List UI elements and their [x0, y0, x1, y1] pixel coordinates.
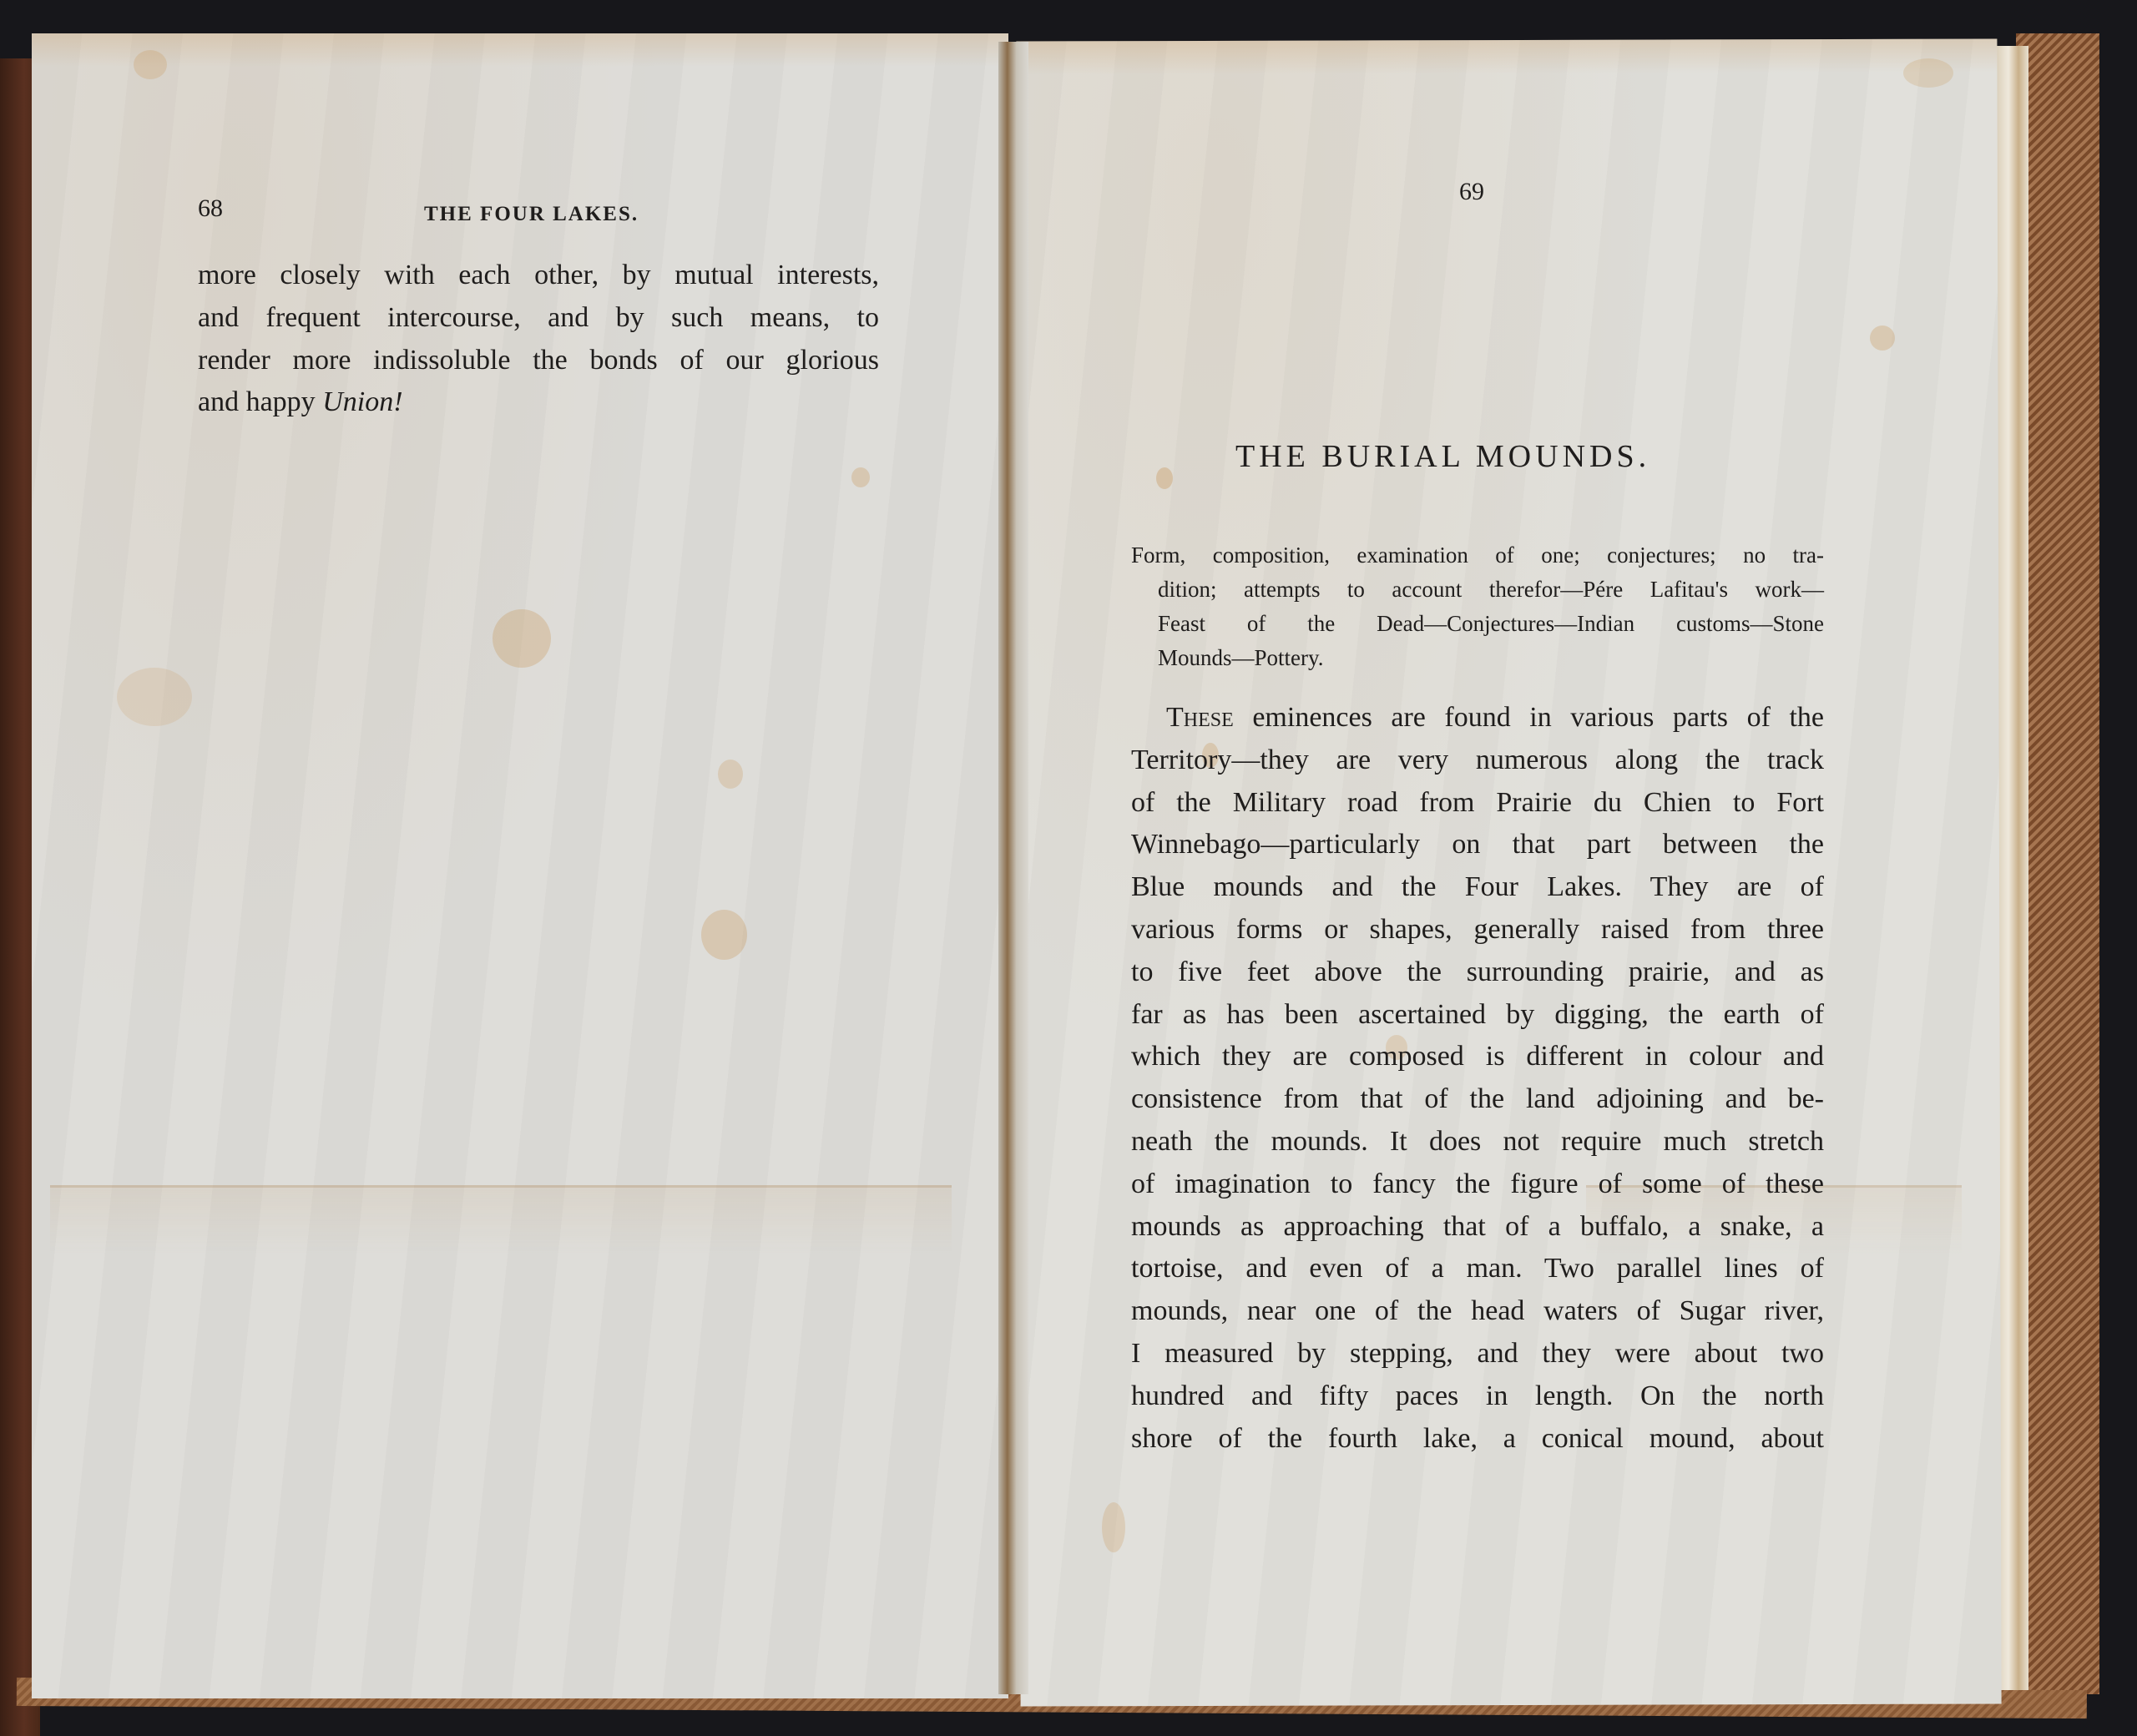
foxing-spot	[134, 50, 167, 79]
foxing-spot	[718, 759, 743, 789]
foxing-spot	[701, 910, 747, 960]
italic-word: Union!	[322, 386, 402, 417]
text-line: Blue mounds and the Four Lakes. They are…	[1131, 866, 1824, 909]
right-page-body: These eminences are found in various par…	[1131, 697, 1824, 1460]
text-line: hundred and fifty paces in length. On th…	[1131, 1375, 1824, 1418]
text-line: and frequent intercourse, and by such me…	[198, 297, 879, 340]
foxing-spot	[1156, 467, 1173, 489]
text-line: of imagination to fancy the figure of so…	[1131, 1163, 1824, 1206]
summary-line: dition; attempts to account therefor—Pér…	[1131, 573, 1824, 607]
top-edge-stain	[1016, 38, 1997, 74]
foxing-spot	[493, 609, 551, 668]
book-gutter	[998, 42, 1028, 1694]
text-line: Territory—they are very numerous along t…	[1131, 739, 1824, 782]
left-page-body: more closely with each other, by mutual …	[198, 255, 879, 424]
text-line: mounds, near one of the head waters of S…	[1131, 1290, 1824, 1333]
text-line: various forms or shapes, generally raise…	[1131, 909, 1824, 951]
foxing-spot	[851, 467, 870, 487]
page-number-left: 68	[198, 194, 223, 223]
running-head: THE FOUR LAKES.	[424, 203, 639, 226]
foxing-spot	[117, 668, 192, 726]
text-line: more closely with each other, by mutual …	[198, 255, 879, 297]
foxing-spot	[1870, 325, 1895, 351]
water-stain-left	[50, 1185, 952, 1254]
book-cover-right	[2016, 33, 2099, 1694]
text-line: far as has been ascertained by digging, …	[1131, 994, 1824, 1037]
text-line: which they are composed is different in …	[1131, 1036, 1824, 1078]
text-line: neath the mounds. It does not require mu…	[1131, 1121, 1824, 1163]
foxing-spot	[1903, 58, 1953, 88]
text-line: render more indissoluble the bonds of ou…	[198, 340, 879, 382]
text-line: I measured by stepping, and they were ab…	[1131, 1333, 1824, 1375]
text-line: mounds as approaching that of a buffalo,…	[1131, 1206, 1824, 1249]
text-line: These eminences are found in various par…	[1131, 697, 1824, 739]
text-line: and happy Union!	[198, 381, 879, 424]
text-line: to five feet above the surrounding prair…	[1131, 951, 1824, 994]
chapter-summary: Form, composition, examination of one; c…	[1131, 538, 1824, 675]
text-line: shore of the fourth lake, a conical moun…	[1131, 1418, 1824, 1461]
summary-line: Feast of the Dead—Conjectures—Indian cus…	[1131, 607, 1824, 641]
text-fragment: eminences are found in various parts of …	[1234, 702, 1824, 733]
chapter-title: THE BURIAL MOUNDS.	[1235, 438, 1650, 475]
text-line: tortoise, and even of a man. Two paralle…	[1131, 1248, 1824, 1290]
text-line: of the Military road from Prairie du Chi…	[1131, 782, 1824, 825]
summary-line: Mounds—Pottery.	[1131, 641, 1824, 675]
text-fragment: and happy	[198, 386, 322, 417]
text-line: Winnebago—particularly on that part betw…	[1131, 824, 1824, 866]
foxing-spot	[1102, 1502, 1125, 1552]
drop-word: These	[1166, 702, 1234, 733]
text-line: consistence from that of the land adjoin…	[1131, 1078, 1824, 1121]
page-number-right: 69	[1459, 178, 1484, 206]
summary-line: Form, composition, examination of one; c…	[1131, 538, 1824, 573]
top-edge-stain	[32, 33, 1008, 67]
